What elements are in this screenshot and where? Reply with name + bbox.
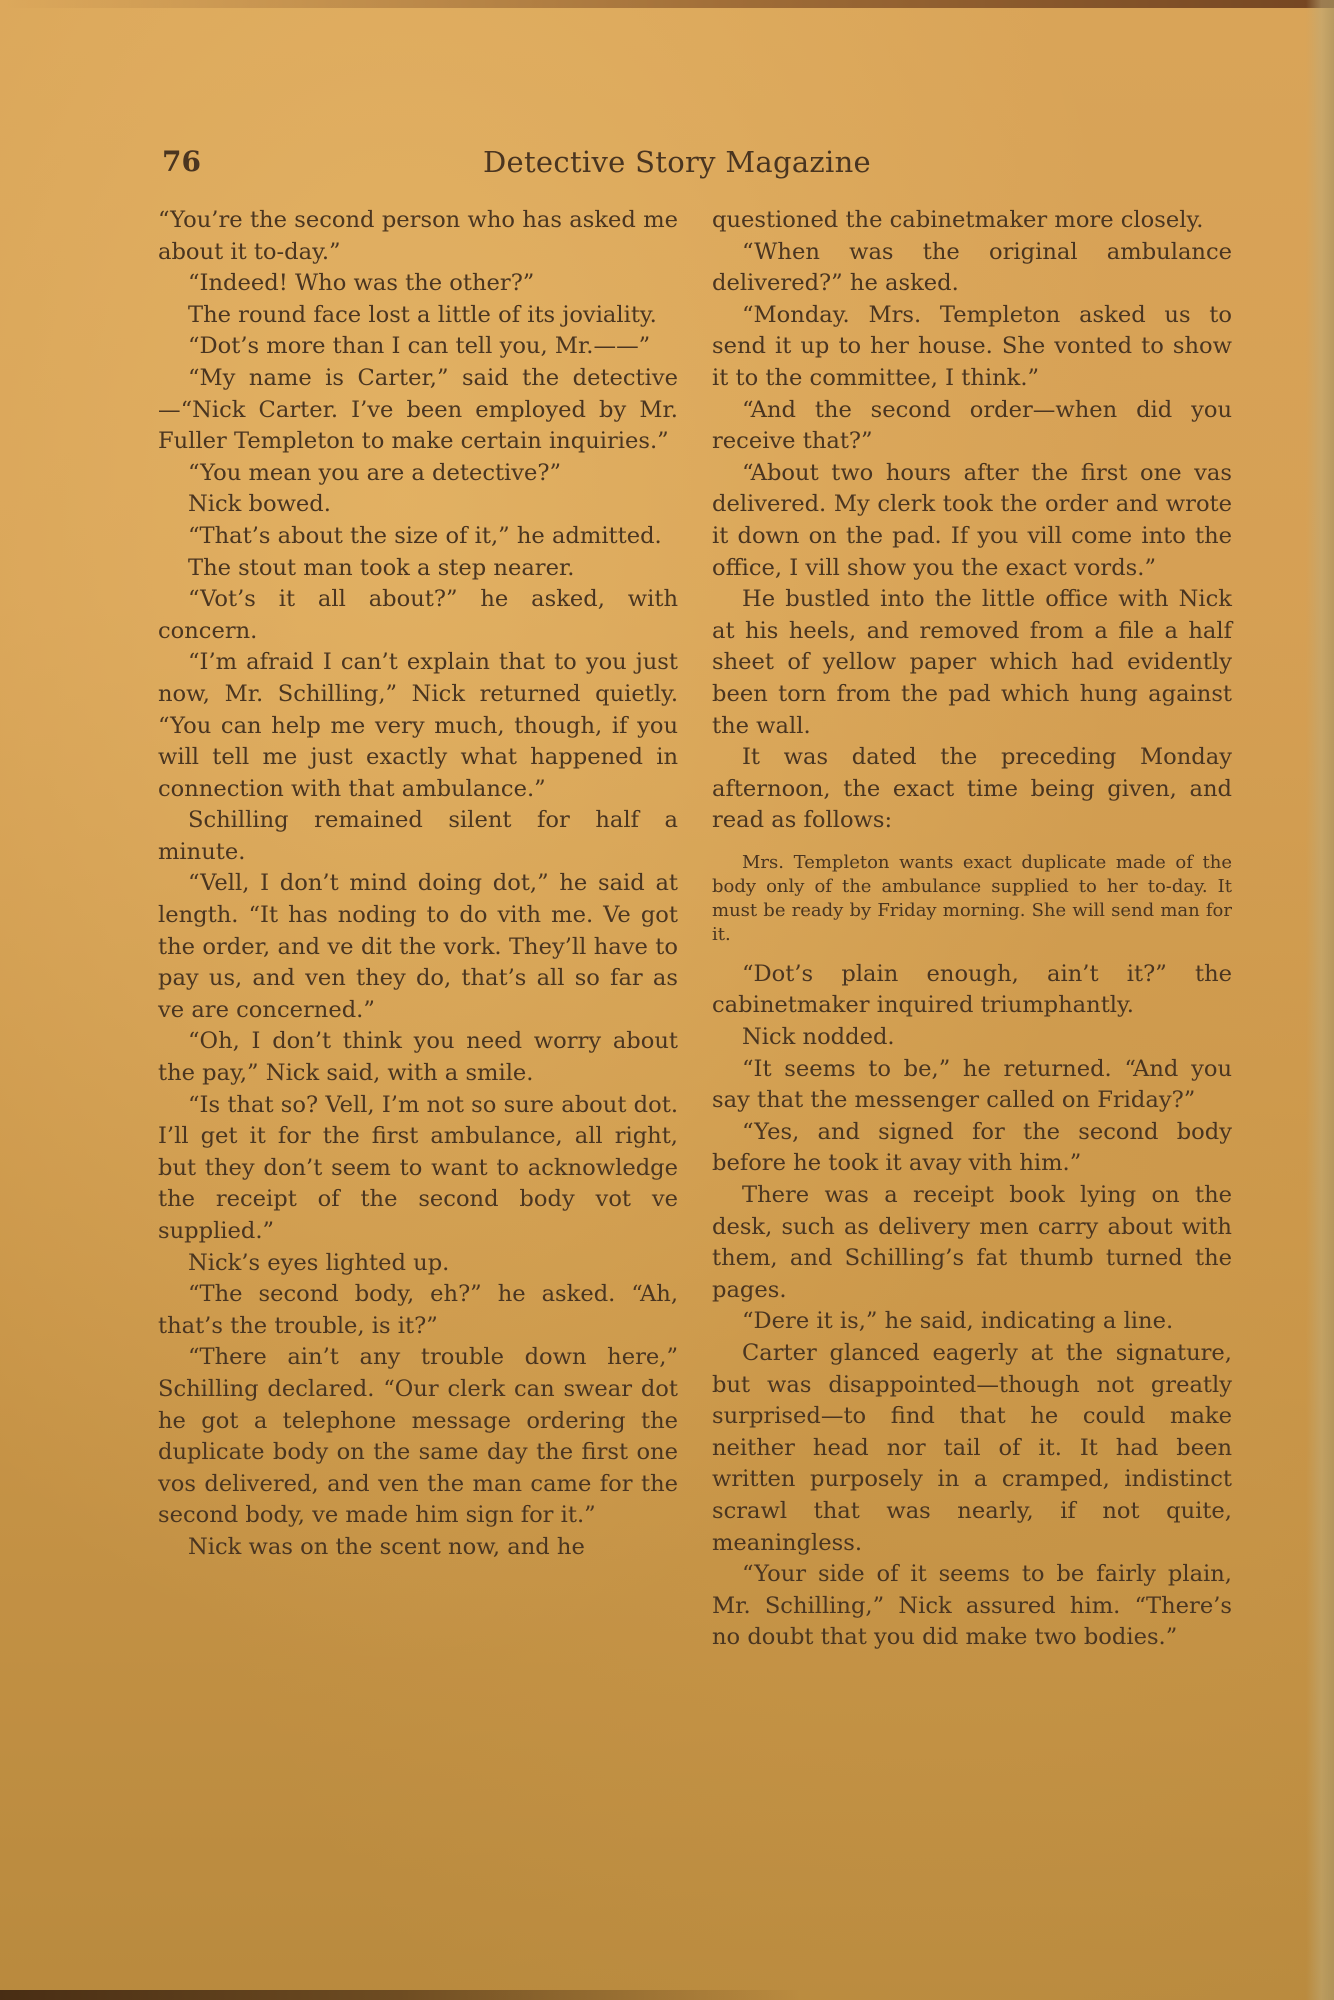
paragraph: Nick was on the scent now, and he xyxy=(158,1532,678,1564)
paragraph: Nick bowed. xyxy=(158,489,678,521)
paragraph: The round face lost a little of its jovi… xyxy=(158,300,678,332)
paragraph: Nick nodded. xyxy=(712,1022,1232,1054)
paragraph: “You mean you are a detective?” xyxy=(158,458,678,490)
magazine-page: 76 Detective Story Magazine “You’re the … xyxy=(0,0,1334,2000)
running-head: 76 Detective Story Magazine xyxy=(162,145,1192,185)
page-top-edge xyxy=(0,0,1334,8)
paragraph: It was dated the preceding Monday aftern… xyxy=(712,742,1232,837)
paragraph: “Monday. Mrs. Templeton asked us to send… xyxy=(712,300,1232,395)
paragraph: “I’m afraid I can’t explain that to you … xyxy=(158,647,678,805)
order-note-quote: Mrs. Templeton wants exact duplicate mad… xyxy=(712,851,1232,947)
paragraph: There was a receipt book lying on the de… xyxy=(712,1180,1232,1306)
paragraph: “Is that so? Vell, I’m not so sure about… xyxy=(158,1090,678,1248)
paragraph: “Your side of it seems to be fairly plai… xyxy=(712,1559,1232,1654)
paragraph: “The second body, eh?” he asked. “Ah, th… xyxy=(158,1279,678,1342)
magazine-title: Detective Story Magazine xyxy=(162,145,1192,179)
paragraph: “There ain’t any trouble down here,” Sch… xyxy=(158,1342,678,1532)
paragraph: “Vell, I don’t mind doing dot,” he said … xyxy=(158,868,678,1026)
paragraph-continuation: questioned the cabinetmaker more closely… xyxy=(712,205,1232,237)
paragraph: “That’s about the size of it,” he admitt… xyxy=(158,521,678,553)
right-column: questioned the cabinetmaker more closely… xyxy=(712,205,1232,1654)
paragraph: He bustled into the little office with N… xyxy=(712,584,1232,742)
paragraph: “And the second order—when did you recei… xyxy=(712,395,1232,458)
paragraph: “Vot’s it all about?” he asked, with con… xyxy=(158,584,678,647)
paragraph: Nick’s eyes lighted up. xyxy=(158,1248,678,1280)
paragraph: “My name is Carter,” said the detective—… xyxy=(158,363,678,458)
page-right-edge xyxy=(1306,0,1334,2000)
paragraph: The stout man took a step nearer. xyxy=(158,553,678,585)
paragraph: “It seems to be,” he returned. “And you … xyxy=(712,1054,1232,1117)
paragraph: “When was the original ambulance deliver… xyxy=(712,237,1232,300)
paragraph: “About two hours after the first one vas… xyxy=(712,458,1232,584)
paragraph: “Dot’s plain enough, ain’t it?” the cabi… xyxy=(712,959,1232,1022)
paragraph: Schilling remained silent for half a min… xyxy=(158,805,678,868)
left-column: “You’re the second person who has asked … xyxy=(158,205,678,1564)
paragraph: “Indeed! Who was the other?” xyxy=(158,268,678,300)
paragraph: “Dere it is,” he said, indicating a line… xyxy=(712,1306,1232,1338)
paragraph: “Dot’s more than I can tell you, Mr.——” xyxy=(158,331,678,363)
paragraph: “Oh, I don’t think you need worry about … xyxy=(158,1026,678,1089)
paragraph: Carter glanced eagerly at the signature,… xyxy=(712,1338,1232,1559)
page-bottom-shadow xyxy=(0,1990,1334,2000)
paragraph: “You’re the second person who has asked … xyxy=(158,205,678,268)
paragraph: “Yes, and signed for the second body bef… xyxy=(712,1117,1232,1180)
